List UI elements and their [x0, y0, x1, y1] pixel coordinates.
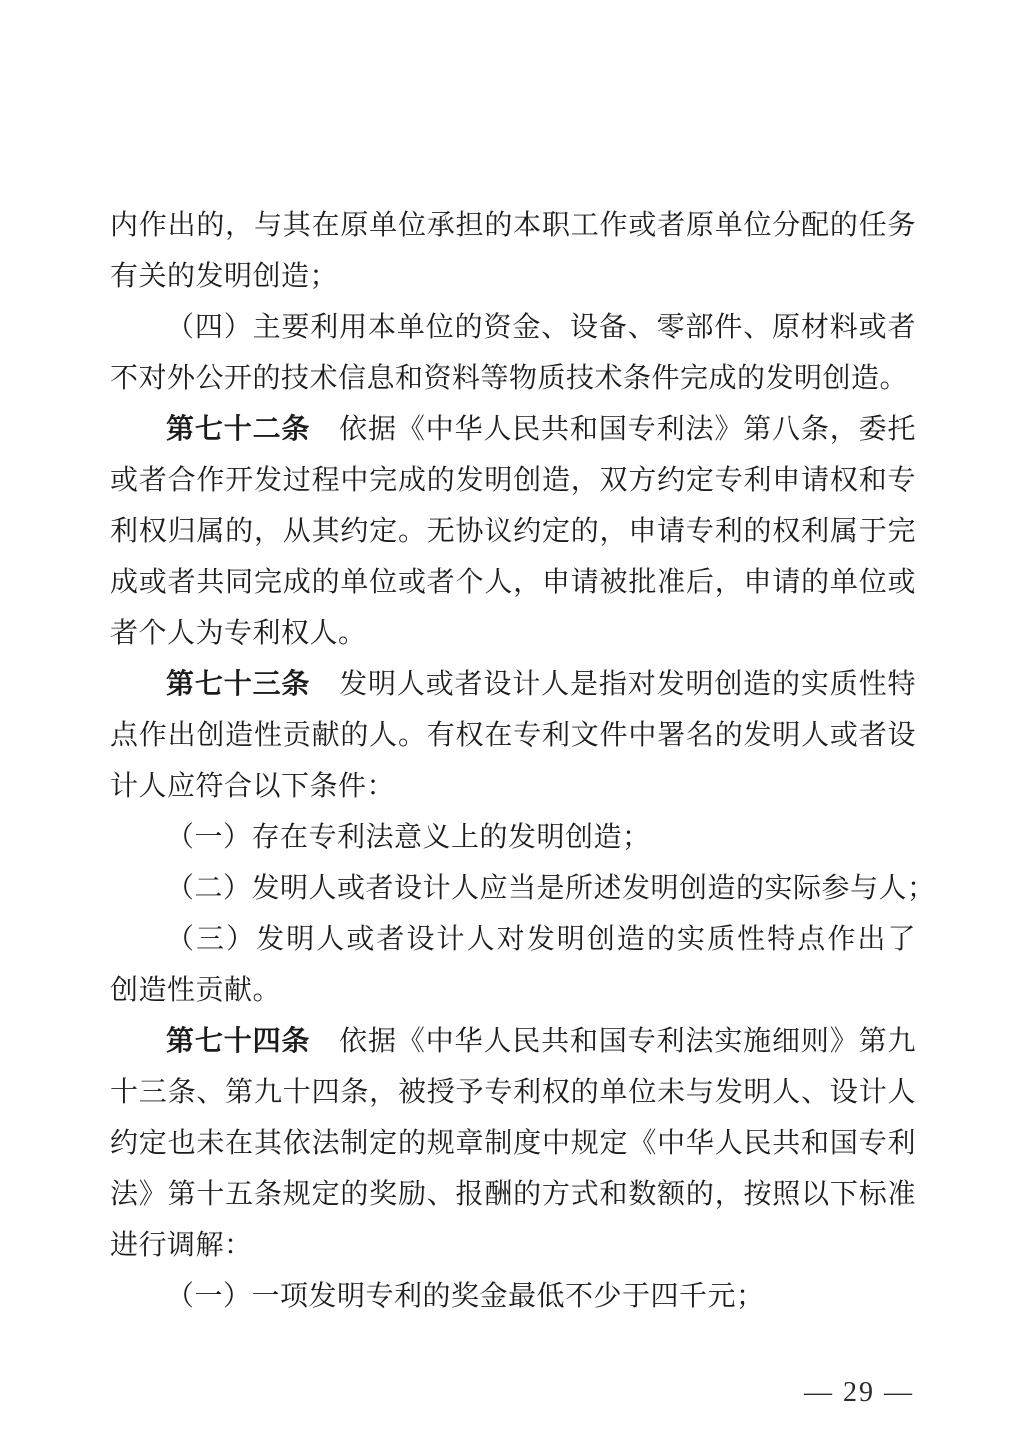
text-line: 第七十四条 依据《中华人民共和国专利法实施细则》第九 — [110, 1016, 916, 1067]
text-line: 有关的发明创造； — [110, 251, 916, 302]
text-line: 内作出的，与其在原单位承担的本职工作或者原单位分配的任务 — [110, 200, 916, 251]
paragraph: （四）主要利用本单位的资金、设备、零部件、原材料或者不对外公开的技术信息和资料等… — [110, 302, 916, 404]
text-line: 约定也未在其依法制定的规章制度中规定《中华人民共和国专利 — [110, 1118, 916, 1169]
paragraph: （一）一项发明专利的奖金最低不少于四千元； — [110, 1271, 916, 1322]
article-number: 第七十四条 — [166, 1026, 310, 1057]
text-line: （三）发明人或者设计人对发明创造的实质性特点作出了 — [110, 914, 916, 965]
text-line: 法》第十五条规定的奖励、报酬的方式和数额的，按照以下标准 — [110, 1169, 916, 1220]
text-line: 创造性贡献。 — [110, 965, 916, 1016]
text-line: 者个人为专利权人。 — [110, 608, 916, 659]
text-line: （一）一项发明专利的奖金最低不少于四千元； — [110, 1271, 916, 1322]
text-line: （一）存在专利法意义上的发明创造； — [110, 812, 916, 863]
text-line: 利权归属的，从其约定。无协议约定的，申请专利的权利属于完 — [110, 506, 916, 557]
text-line: 不对外公开的技术信息和资料等物质技术条件完成的发明创造。 — [110, 353, 916, 404]
paragraph: （一）存在专利法意义上的发明创造； — [110, 812, 916, 863]
text-line: 成或者共同完成的单位或者个人，申请被批准后，申请的单位或 — [110, 557, 916, 608]
paragraph: （三）发明人或者设计人对发明创造的实质性特点作出了创造性贡献。 — [110, 914, 916, 1016]
text-line: （四）主要利用本单位的资金、设备、零部件、原材料或者 — [110, 302, 916, 353]
text-line: 点作出创造性贡献的人。有权在专利文件中署名的发明人或者设 — [110, 710, 916, 761]
paragraph: （二）发明人或者设计人应当是所述发明创造的实际参与人； — [110, 863, 916, 914]
text-line: 进行调解： — [110, 1220, 916, 1271]
paragraph: 第七十三条 发明人或者设计人是指对发明创造的实质性特点作出创造性贡献的人。有权在… — [110, 659, 916, 812]
article-number: 第七十二条 — [166, 414, 310, 445]
paragraph: 第七十二条 依据《中华人民共和国专利法》第八条，委托或者合作开发过程中完成的发明… — [110, 404, 916, 659]
text-line: 十三条、第九十四条，被授予专利权的单位未与发明人、设计人 — [110, 1067, 916, 1118]
text-line: 第七十二条 依据《中华人民共和国专利法》第八条，委托 — [110, 404, 916, 455]
page-number: — 29 — — [804, 1372, 914, 1414]
text-line: （二）发明人或者设计人应当是所述发明创造的实际参与人； — [110, 863, 916, 914]
text-line: 第七十三条 发明人或者设计人是指对发明创造的实质性特 — [110, 659, 916, 710]
paragraph: 内作出的，与其在原单位承担的本职工作或者原单位分配的任务有关的发明创造； — [110, 200, 916, 302]
text-line: 或者合作开发过程中完成的发明创造，双方约定专利申请权和专 — [110, 455, 916, 506]
document-page: 内作出的，与其在原单位承担的本职工作或者原单位分配的任务有关的发明创造；（四）主… — [0, 0, 1026, 1432]
text-line: 计人应符合以下条件： — [110, 761, 916, 812]
document-body: 内作出的，与其在原单位承担的本职工作或者原单位分配的任务有关的发明创造；（四）主… — [110, 200, 916, 1322]
paragraph: 第七十四条 依据《中华人民共和国专利法实施细则》第九十三条、第九十四条，被授予专… — [110, 1016, 916, 1271]
article-number: 第七十三条 — [166, 669, 310, 700]
